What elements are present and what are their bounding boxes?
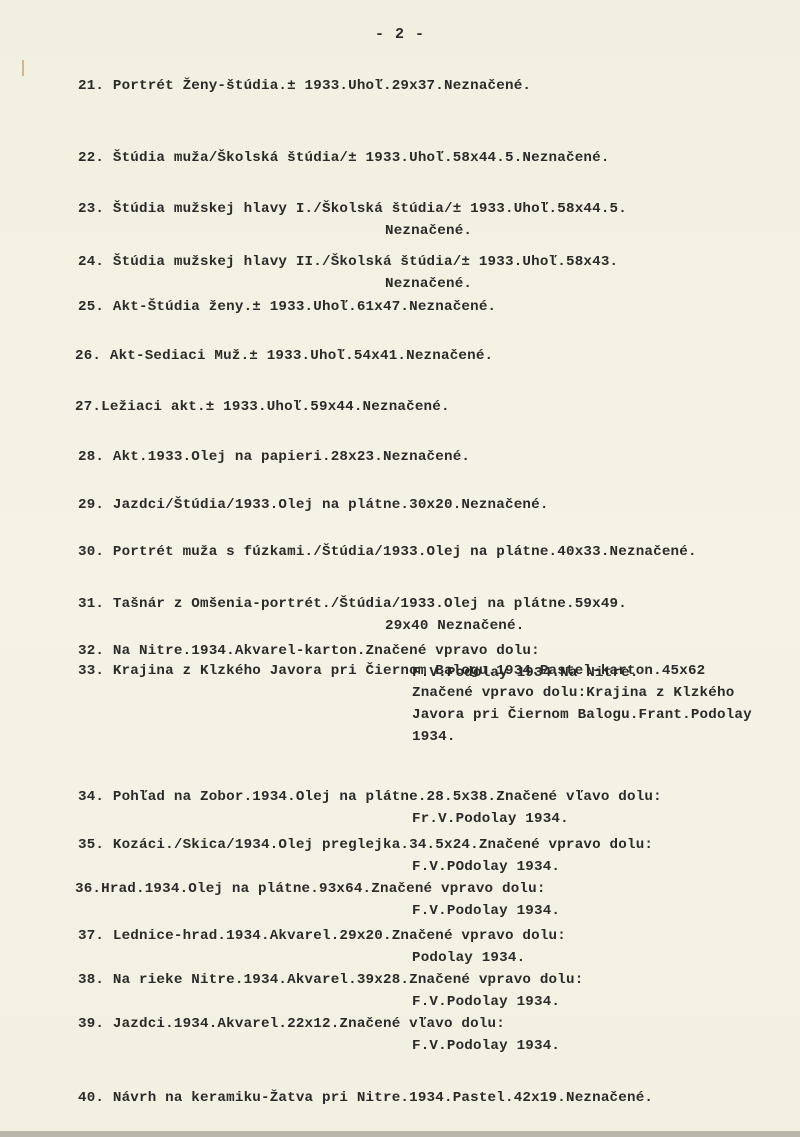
- entry-line: 30. Portrét muža s fúzkami./Štúdia/1933.…: [78, 544, 697, 560]
- entry-line: 32. Na Nitre.1934.Akvarel-karton.Značené…: [78, 643, 540, 659]
- entry-continuation: Značené vpravo dolu:Krajina z Klzkého: [412, 685, 734, 701]
- entry-continuation: 29x40 Neznačené.: [385, 618, 524, 634]
- page-number: - 2 -: [0, 26, 800, 43]
- entry-line: 37. Lednice-hrad.1934.Akvarel.29x20.Znač…: [78, 928, 566, 944]
- entry-continuation: Fr.V.Podolay 1934.: [412, 811, 569, 827]
- entry-continuation: 1934.: [412, 729, 456, 745]
- entry-line: 29. Jazdci/Štúdia/1933.Olej na plátne.30…: [78, 497, 549, 513]
- entry-continuation: F.V.Podolay 1934.: [412, 903, 560, 919]
- entry-line: 26. Akt-Sediaci Muž.± 1933.Uhoľ.54x41.Ne…: [75, 348, 493, 364]
- entry-continuation: F.V.Podolay 1934.: [412, 1038, 560, 1054]
- entry-line: 38. Na rieke Nitre.1934.Akvarel.39x28.Zn…: [78, 972, 583, 988]
- entry-continuation: Podolay 1934.: [412, 950, 525, 966]
- entry-line: 35. Kozáci./Skica/1934.Olej preglejka.34…: [78, 837, 653, 853]
- margin-mark: [22, 60, 24, 76]
- entry-line: 39. Jazdci.1934.Akvarel.22x12.Značené vľ…: [78, 1016, 505, 1032]
- entry-line: 21. Portrét Ženy-štúdia.± 1933.Uhoľ.29x3…: [78, 78, 531, 94]
- typewritten-page: - 2 - 21. Portrét Ženy-štúdia.± 1933.Uho…: [0, 0, 800, 1137]
- entry-line: 27.Ležiaci akt.± 1933.Uhoľ.59x44.Neznače…: [75, 399, 450, 415]
- entry-continuation: F.V.POdolay 1934.: [412, 859, 560, 875]
- entry-line: 24. Štúdia mužskej hlavy II./Školská štú…: [78, 254, 618, 270]
- entry-continuation: Neznačené.: [385, 223, 472, 239]
- entry-continuation: Neznačené.: [385, 276, 472, 292]
- entry-line: 33. Krajina z Klzkého Javora pri Čiernom…: [78, 663, 705, 679]
- entry-line: 23. Štúdia mužskej hlavy I./Školská štúd…: [78, 201, 627, 217]
- entry-line: 31. Tašnár z Omšenia-portrét./Štúdia/193…: [78, 596, 627, 612]
- entry-line: 22. Štúdia muža/Školská štúdia/± 1933.Uh…: [78, 150, 610, 166]
- entry-line: 34. Pohľad na Zobor.1934.Olej na plátne.…: [78, 789, 662, 805]
- entry-continuation: Javora pri Čiernom Balogu.Frant.Podolay: [412, 707, 752, 723]
- entry-continuation: F.V.Podolay 1934.: [412, 994, 560, 1010]
- entry-line: 40. Návrh na keramiku-Žatva pri Nitre.19…: [78, 1090, 653, 1106]
- entry-line: 36.Hrad.1934.Olej na plátne.93x64.Značen…: [75, 881, 546, 897]
- entry-line: 28. Akt.1933.Olej na papieri.28x23.Nezna…: [78, 449, 470, 465]
- entry-line: 25. Akt-Štúdia ženy.± 1933.Uhoľ.61x47.Ne…: [78, 299, 496, 315]
